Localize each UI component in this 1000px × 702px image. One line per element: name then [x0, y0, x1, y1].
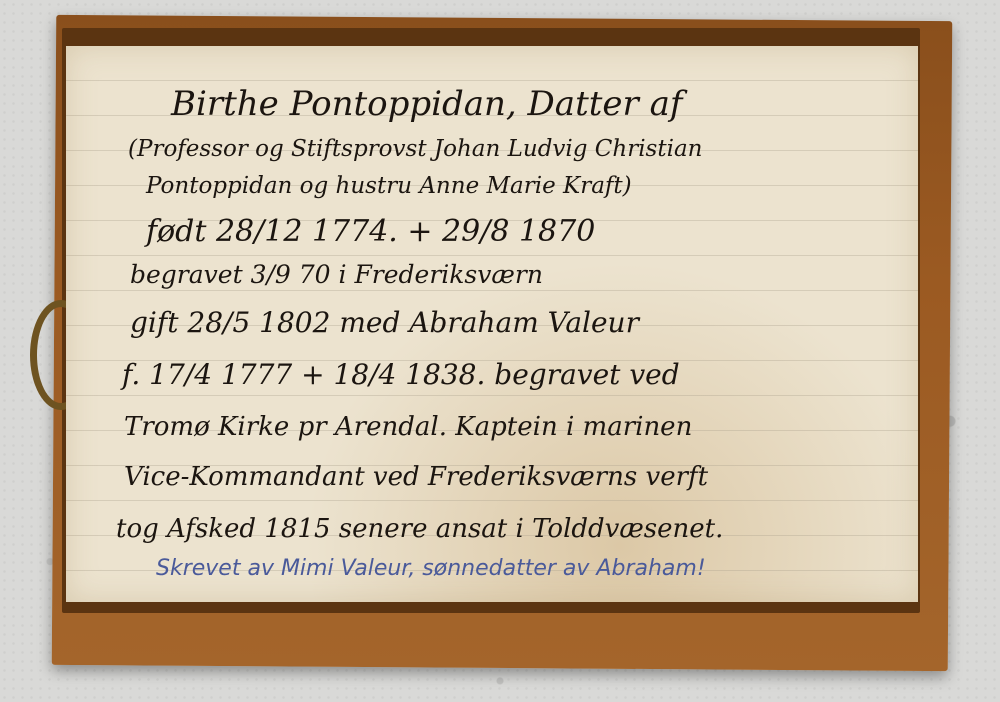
line-4: født 28/12 1774. + 29/8 1870	[146, 214, 595, 249]
line-2: (Professor og Stiftsprovst Johan Ludvig …	[128, 136, 702, 162]
footnote-blue-ink: Skrevet av Mimi Valeur, sønnedatter av A…	[156, 556, 706, 581]
line-3: Pontoppidan og hustru Anne Marie Kraft)	[146, 173, 632, 199]
line-9: Vice-Kommandant ved Frederiksværns verft	[124, 462, 708, 492]
handwritten-paper: Birthe Pontoppidan, Datter af (Professor…	[66, 46, 918, 602]
line-7: f. 17/4 1777 + 18/4 1838. begravet ved	[122, 358, 680, 391]
line-10: tog Afsked 1815 senere ansat i Tolddvæse…	[116, 514, 723, 544]
line-5: begravet 3/9 70 i Frederiksværn	[130, 260, 543, 289]
line-6: gift 28/5 1802 med Abraham Valeur	[130, 306, 639, 339]
line-8: Tromø Kirke pr Arendal. Kaptein i marine…	[124, 412, 692, 442]
line-1: Birthe Pontoppidan, Datter af	[171, 84, 682, 124]
